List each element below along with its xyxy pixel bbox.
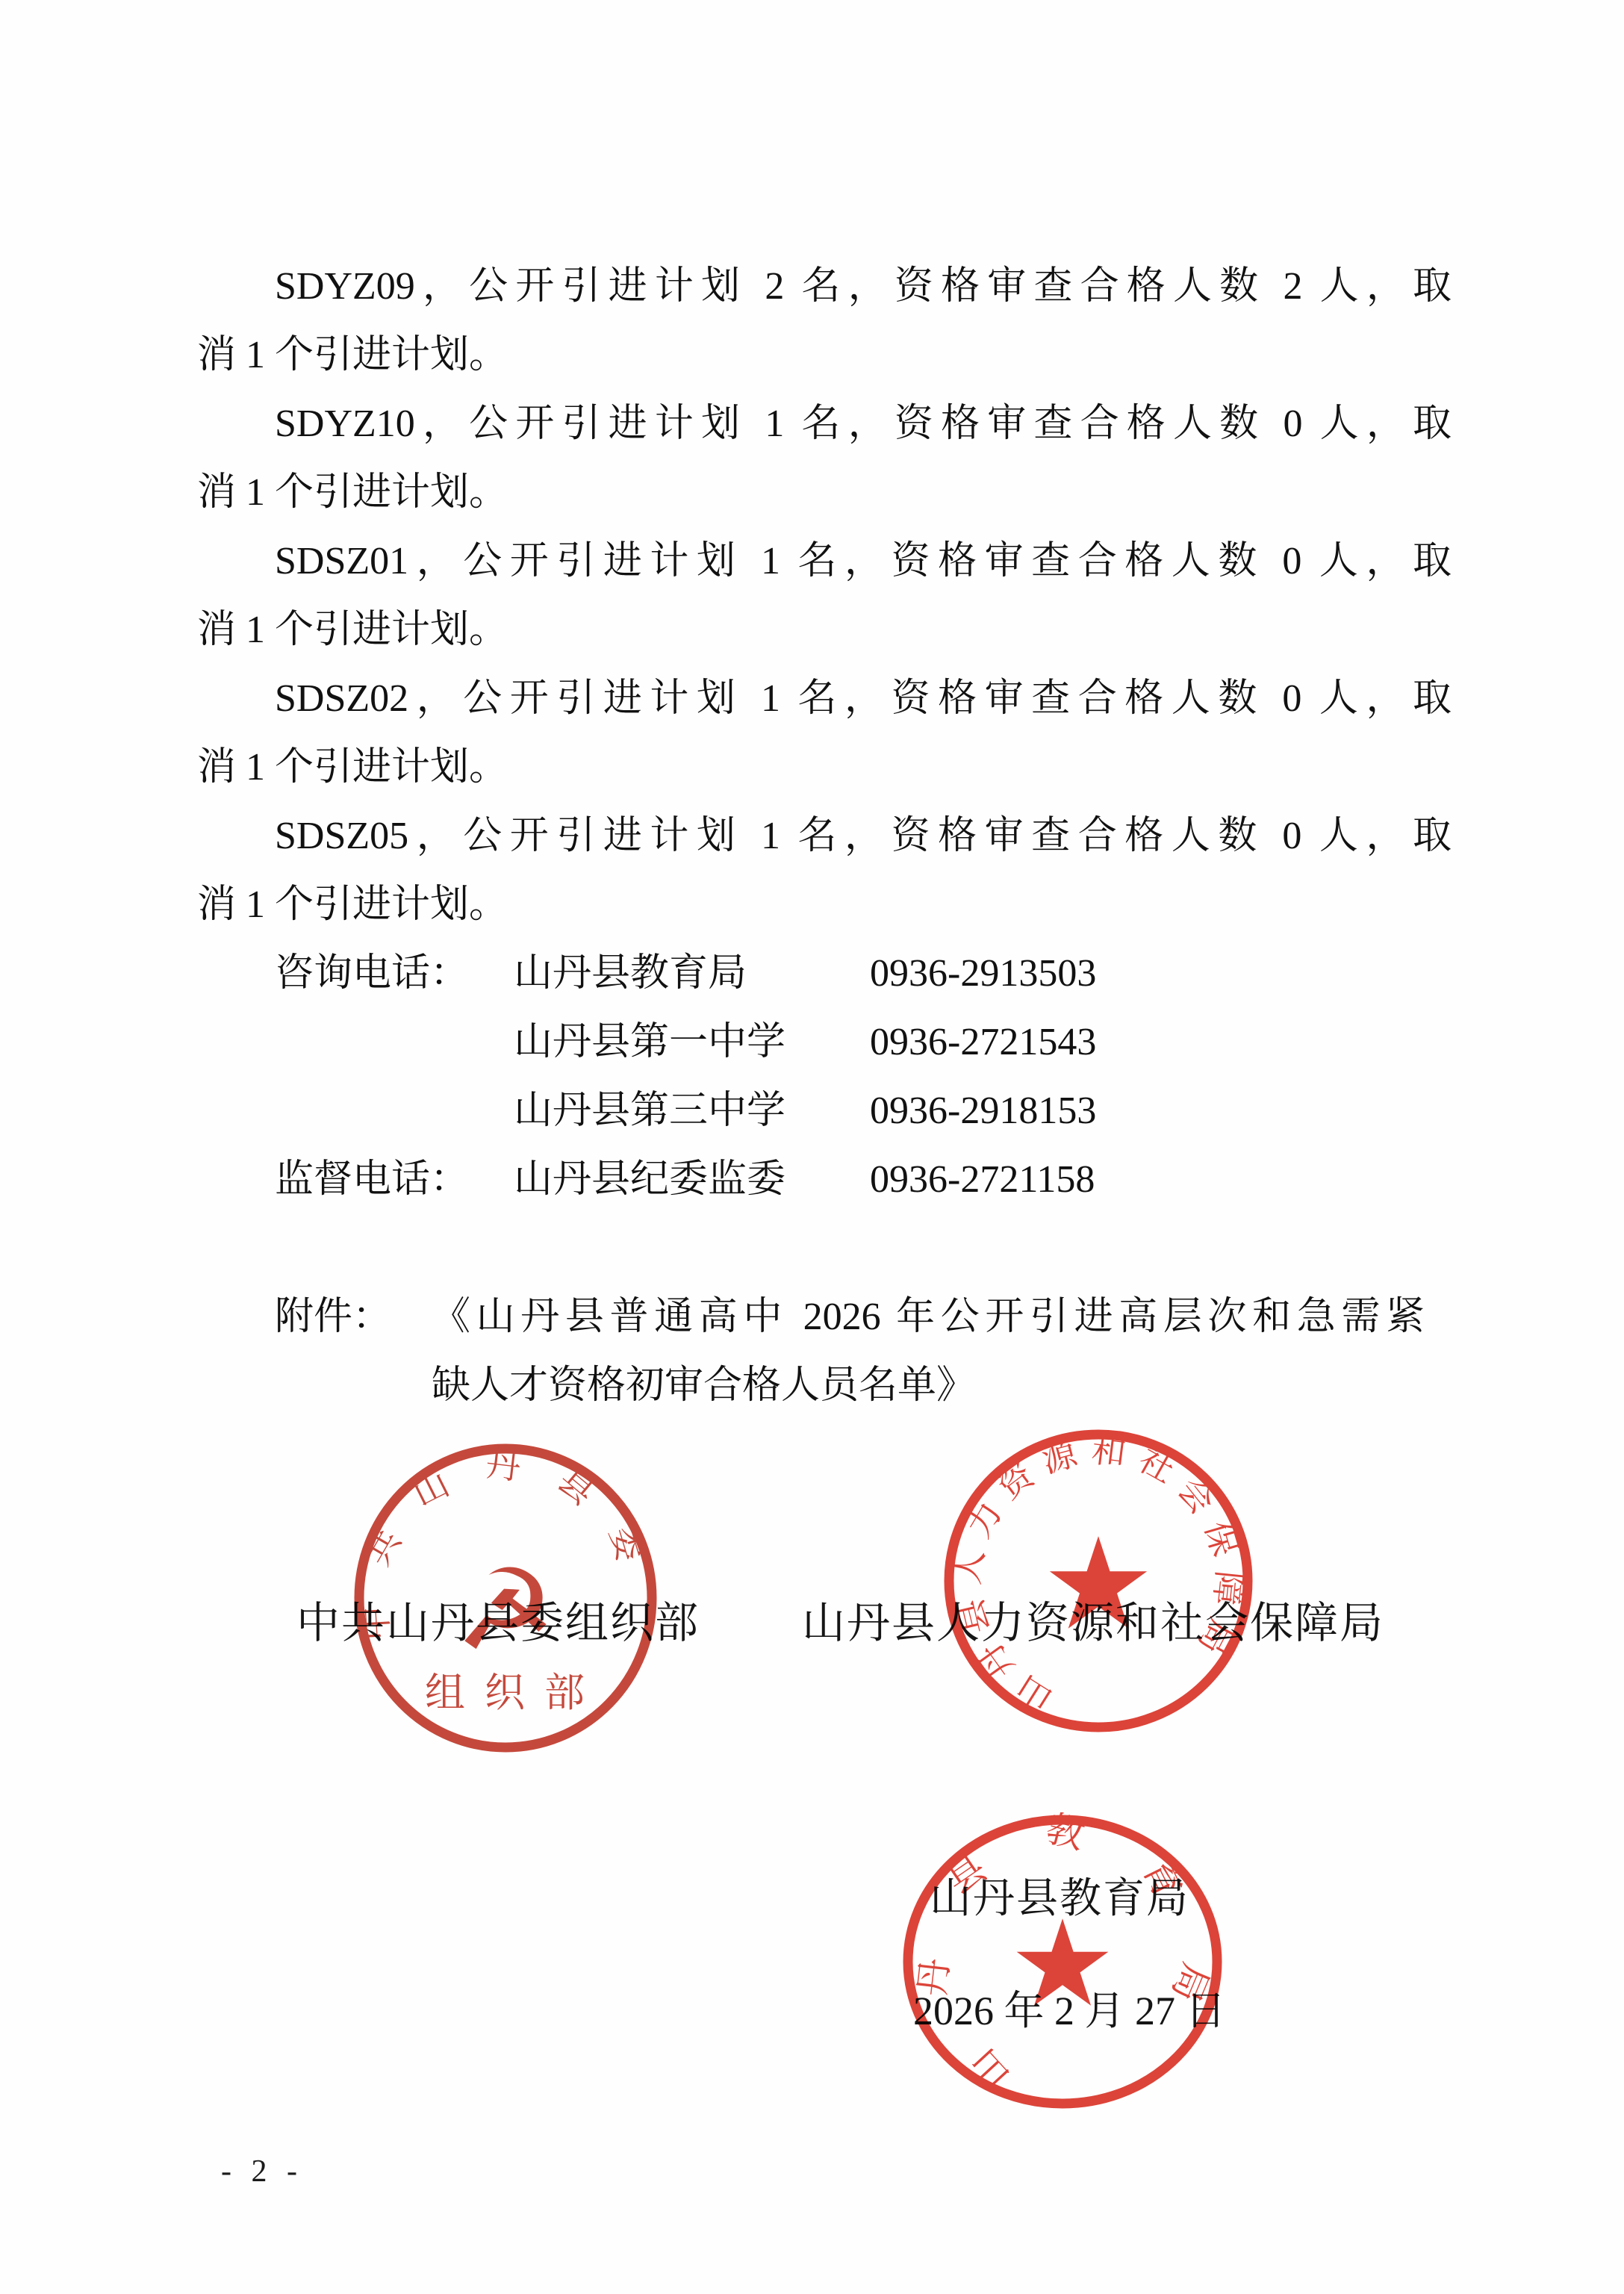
party-seal-bottom-text: 组织部 — [425, 1669, 604, 1716]
document-page: SDYZ09，公开引进计划 2 名，资格审查合格人数 2 人，取 消 1 个引进… — [0, 0, 1624, 2294]
party-committee-seal: 中共山丹县委 ☭ 组织部 — [349, 1437, 662, 1759]
star-icon: ★ — [1042, 1511, 1155, 1659]
hammer-sickle-icon: ☭ — [455, 1546, 556, 1676]
signature-layer: 中共山丹县委组织部 山丹县人力资源和社会保障局 山丹县教育局 2026 年 2 … — [0, 0, 1624, 2294]
hr-bureau-seal: 山丹县人力资源和社会保障局 ★ — [942, 1428, 1255, 1734]
education-bureau-seal: 山丹县教育局 ★ — [898, 1812, 1227, 2111]
star-icon: ★ — [1009, 1894, 1116, 2033]
page-number: - 2 - — [221, 2154, 303, 2189]
